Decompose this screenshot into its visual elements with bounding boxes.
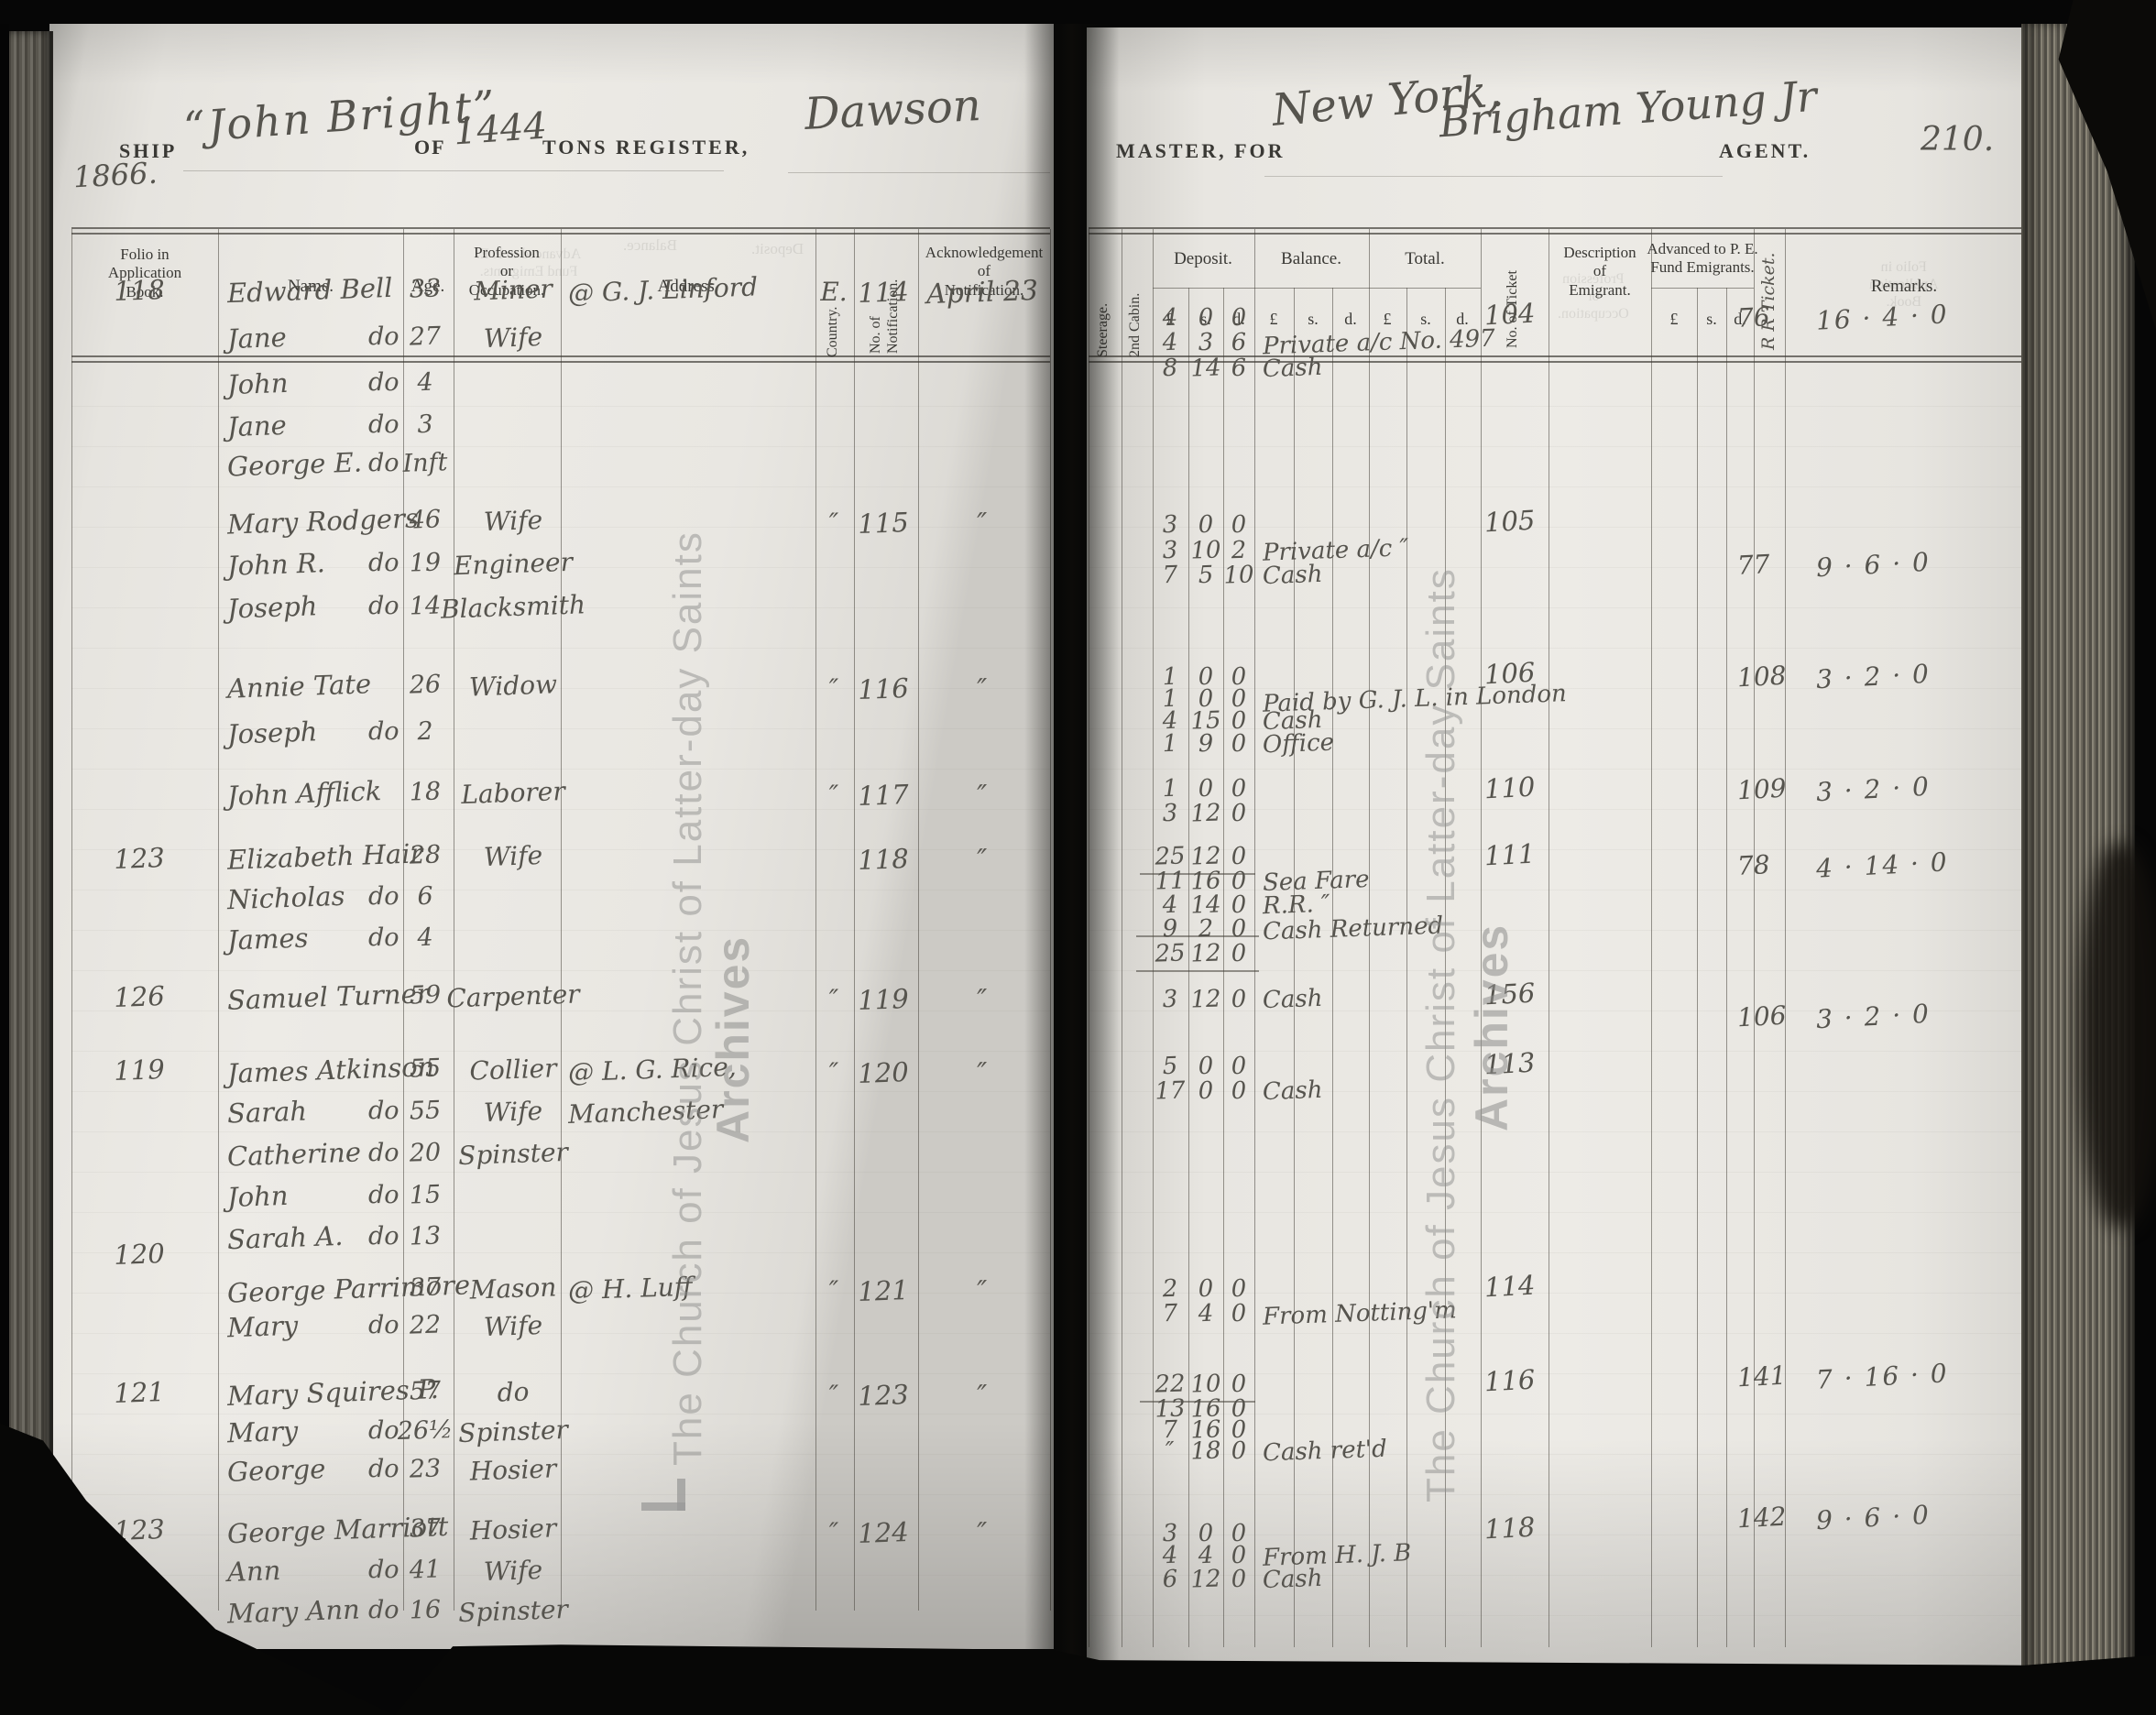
country-value: ″ bbox=[829, 780, 838, 810]
ditto-mark: do bbox=[368, 322, 399, 351]
country-value: ″ bbox=[829, 1517, 838, 1547]
ditto-mark: do bbox=[368, 1596, 399, 1624]
bleed-balance-label: Balance. bbox=[623, 236, 677, 255]
watermark-right-text: The Church of Jesus Christ of Latter-day… bbox=[1418, 586, 1465, 1502]
country-value: ″ bbox=[829, 984, 838, 1014]
country-value: ″ bbox=[829, 1380, 838, 1410]
passenger-name: James bbox=[226, 922, 309, 956]
column-header-total: Total. bbox=[1405, 249, 1445, 270]
passenger-name: Catherine bbox=[226, 1136, 361, 1172]
ticket-number: 106 bbox=[1483, 657, 1536, 691]
deposit-pence: 0 bbox=[1231, 1437, 1247, 1466]
notification-number: 116 bbox=[858, 672, 910, 705]
passenger-age: 46 bbox=[409, 505, 441, 534]
country-value: ″ bbox=[829, 673, 838, 704]
watermark-left-text: The Church of Jesus Christ of Latter-day… bbox=[665, 513, 712, 1466]
deposit-shillings: 0 bbox=[1198, 775, 1214, 803]
passenger-age: 13 bbox=[409, 1221, 441, 1251]
rr-ticket-number: 78 bbox=[1736, 849, 1770, 881]
deposit-shillings: 0 bbox=[1198, 511, 1214, 540]
deposit-pounds: 8 bbox=[1162, 355, 1178, 383]
passenger-occupation: Wife bbox=[483, 322, 542, 354]
passenger-occupation: Widow bbox=[468, 669, 557, 702]
column-header-rr_ticket: R R Ticket. bbox=[1758, 238, 1779, 350]
deposit-pounds: 3 bbox=[1162, 986, 1178, 1014]
notification-number: 119 bbox=[858, 983, 910, 1016]
passenger-name: Annie Tate bbox=[226, 668, 371, 704]
deposit-pounds: 3 bbox=[1162, 800, 1178, 828]
balance-note: Cash ret'd bbox=[1263, 1436, 1388, 1468]
balance-note: Cash bbox=[1262, 1565, 1322, 1594]
passenger-occupation: Spinster bbox=[458, 1415, 569, 1448]
tons-value: 1444 bbox=[453, 105, 549, 154]
notification-number: 120 bbox=[858, 1056, 910, 1089]
rr-ticket-number: 109 bbox=[1736, 773, 1787, 806]
table-rule-horizontal bbox=[71, 227, 1050, 229]
rr-ticket-number: 106 bbox=[1736, 1000, 1787, 1033]
table-rule-vertical bbox=[1188, 288, 1189, 1647]
ticket-number: 111 bbox=[1483, 838, 1536, 872]
table-rule-vertical bbox=[1785, 229, 1786, 1647]
balance-note: Office bbox=[1263, 729, 1335, 759]
passenger-name: John bbox=[226, 367, 289, 400]
passenger-occupation: Hosier bbox=[469, 1453, 557, 1486]
deposit-pence: 0 bbox=[1231, 800, 1247, 828]
of-label: OF bbox=[414, 136, 446, 159]
deposit-pence: 0 bbox=[1231, 940, 1247, 968]
deposit-pence: 0 bbox=[1231, 1300, 1247, 1328]
deposit-pounds: ″ bbox=[1166, 1437, 1176, 1465]
table-rule-horizontal bbox=[1089, 361, 2023, 363]
passenger-age: 57 bbox=[409, 1376, 441, 1405]
column-header-pence: d. bbox=[1344, 310, 1357, 329]
remark-amount: 9 · 6 · 0 bbox=[1815, 1500, 1931, 1535]
passenger-occupation: Laborer bbox=[461, 776, 566, 810]
passenger-name: John bbox=[226, 1180, 289, 1213]
passenger-age: 26 bbox=[409, 670, 441, 699]
acknowledgement-value: ″ bbox=[977, 780, 988, 812]
balance-note: Cash bbox=[1262, 561, 1322, 590]
ditto-mark: do bbox=[368, 1455, 399, 1483]
passenger-age: 55 bbox=[409, 1054, 441, 1083]
column-header-second_cabin: 2nd Cabin. bbox=[1126, 246, 1144, 357]
deposit-pence: 6 bbox=[1231, 329, 1247, 357]
ditto-mark: do bbox=[368, 410, 399, 439]
passenger-age: 28 bbox=[409, 840, 441, 869]
fiducial-mark-vertical bbox=[677, 1479, 685, 1511]
passenger-occupation: Blacksmith bbox=[440, 589, 586, 624]
total-box-rule bbox=[1136, 970, 1259, 972]
deposit-pounds: 6 bbox=[1162, 1566, 1178, 1594]
total-box-rule bbox=[1136, 935, 1259, 937]
deposit-pounds: 4 bbox=[1162, 304, 1178, 333]
table-rule-vertical bbox=[1254, 229, 1255, 1647]
ditto-mark: do bbox=[368, 1097, 399, 1125]
balance-note: Cash bbox=[1262, 354, 1322, 383]
passenger-name: George E. bbox=[226, 446, 362, 482]
passenger-age: 26½ bbox=[397, 1415, 454, 1446]
passenger-name: Mary bbox=[226, 1310, 298, 1344]
passenger-name: Sarah A. bbox=[226, 1220, 343, 1255]
deposit-pence: 0 bbox=[1231, 304, 1247, 333]
passenger-occupation: Engineer bbox=[454, 547, 574, 582]
deposit-shillings: 14 bbox=[1190, 354, 1221, 382]
remark-amount: 3 · 2 · 0 bbox=[1815, 771, 1931, 807]
ditto-mark: do bbox=[368, 1311, 399, 1339]
passenger-age: 4 bbox=[417, 923, 433, 953]
deposit-pence: 0 bbox=[1231, 730, 1247, 759]
passenger-age: 20 bbox=[409, 1138, 441, 1167]
notification-number: 118 bbox=[858, 843, 910, 876]
ditto-mark: do bbox=[368, 592, 399, 620]
remark-amount: 3 · 2 · 0 bbox=[1815, 659, 1931, 694]
deposit-shillings: 0 bbox=[1198, 1053, 1214, 1081]
deposit-pence: 0 bbox=[1231, 986, 1247, 1014]
passenger-age: 22 bbox=[409, 1310, 441, 1339]
table-rule-vertical bbox=[918, 229, 919, 1611]
table-rule-vertical bbox=[1754, 229, 1755, 1647]
deposit-shillings: 2 bbox=[1198, 915, 1214, 944]
passenger-name: Joseph bbox=[226, 590, 318, 624]
rr-ticket-number: 141 bbox=[1736, 1360, 1787, 1393]
rr-ticket-number: 76 bbox=[1736, 301, 1770, 333]
deposit-pence: 0 bbox=[1231, 915, 1247, 944]
ditto-mark: do bbox=[368, 923, 399, 952]
passenger-occupation: Wife bbox=[483, 505, 542, 537]
column-header-balance: Balance. bbox=[1281, 249, 1341, 270]
deposit-pence: 10 bbox=[1223, 561, 1254, 589]
ditto-mark: do bbox=[368, 717, 399, 746]
acknowledgement-value: April 23 bbox=[925, 275, 1038, 311]
acknowledgement-value: ″ bbox=[977, 844, 988, 876]
passenger-name: Mary bbox=[226, 1415, 298, 1449]
deposit-pounds: 4 bbox=[1162, 329, 1178, 357]
master-for-label: MASTER, FOR bbox=[1116, 139, 1286, 163]
ticket-number: 118 bbox=[1483, 1512, 1536, 1546]
year-value: 1866. bbox=[72, 156, 158, 195]
deposit-shillings: 4 bbox=[1198, 1300, 1214, 1328]
deposit-shillings: 5 bbox=[1198, 562, 1214, 590]
column-header-shillings: s. bbox=[1420, 310, 1431, 329]
top-black-border bbox=[0, 0, 2156, 24]
acknowledgement-value: ″ bbox=[977, 673, 988, 705]
table-rule-vertical bbox=[1651, 229, 1652, 1647]
deposit-pounds: 7 bbox=[1162, 562, 1178, 590]
passenger-age: 55 bbox=[409, 1096, 441, 1125]
tons-register-label: TONS REGISTER, bbox=[542, 136, 750, 159]
ditto-mark: do bbox=[368, 1139, 399, 1167]
deposit-pounds: 5 bbox=[1162, 1053, 1178, 1081]
master-name: Dawson bbox=[804, 80, 982, 140]
watermark-left-archives: Archives bbox=[707, 905, 761, 1143]
table-rule-vertical bbox=[1153, 229, 1154, 1647]
agent-label: AGENT. bbox=[1719, 139, 1811, 163]
notification-number: 121 bbox=[858, 1274, 910, 1307]
folio-number: 119 bbox=[114, 1054, 166, 1087]
table-rule-horizontal bbox=[71, 355, 1050, 357]
deposit-shillings: 12 bbox=[1190, 985, 1221, 1013]
passenger-name: Edward Bell bbox=[226, 272, 393, 309]
deposit-pounds: 1 bbox=[1162, 775, 1178, 803]
left-page-edge-stack bbox=[5, 31, 53, 1469]
passenger-age: 16 bbox=[409, 1595, 441, 1624]
watermark-right-archives: Archives bbox=[1466, 893, 1519, 1131]
ditto-mark: do bbox=[368, 449, 399, 477]
ticket-number: 110 bbox=[1483, 771, 1536, 805]
deposit-pence: 6 bbox=[1231, 355, 1247, 383]
passenger-age: 59 bbox=[409, 980, 441, 1010]
passenger-age: 18 bbox=[409, 777, 441, 806]
column-header-remarks: Remarks. bbox=[1871, 277, 1937, 298]
country-value: E. bbox=[820, 277, 847, 307]
passenger-occupation: Mason bbox=[469, 1272, 557, 1305]
column-header-pounds: £ bbox=[1270, 310, 1278, 329]
ditto-mark: do bbox=[368, 882, 399, 911]
deposit-shillings: 18 bbox=[1190, 1436, 1221, 1465]
table-rule-vertical bbox=[1549, 229, 1549, 1647]
ditto-mark: do bbox=[368, 1556, 399, 1584]
passenger-occupation: Collier bbox=[469, 1053, 557, 1086]
folio-number: 126 bbox=[114, 980, 166, 1013]
deposit-shillings: 3 bbox=[1198, 329, 1214, 357]
acknowledgement-value: ″ bbox=[977, 1517, 988, 1549]
cover-shadow-blob bbox=[2080, 843, 2156, 1228]
ditto-mark: do bbox=[368, 1222, 399, 1251]
ditto-mark: do bbox=[368, 368, 399, 397]
folio-number: 121 bbox=[114, 1376, 166, 1409]
deposit-pounds: 3 bbox=[1162, 537, 1178, 565]
ticket-number: 104 bbox=[1483, 298, 1536, 332]
table-rule-vertical bbox=[854, 229, 855, 1611]
table-rule-vertical bbox=[1697, 288, 1698, 1647]
table-rule-vertical bbox=[1122, 229, 1122, 1647]
deposit-pence: 2 bbox=[1231, 537, 1247, 565]
deposit-pounds: 25 bbox=[1155, 939, 1186, 967]
deposit-shillings: 9 bbox=[1198, 730, 1214, 759]
passenger-name: Mary Ann bbox=[226, 1593, 360, 1629]
deposit-pence: 0 bbox=[1231, 775, 1247, 803]
passenger-age: 33 bbox=[409, 274, 441, 303]
deposit-pounds: 9 bbox=[1162, 915, 1178, 944]
master-rule bbox=[788, 172, 1050, 173]
table-rule-horizontal bbox=[71, 233, 1050, 235]
passenger-age: Inft bbox=[402, 448, 448, 478]
folio-number: 123 bbox=[114, 842, 166, 875]
rr-ticket-number: 77 bbox=[1736, 549, 1770, 581]
passenger-name: Mary Rodgers bbox=[226, 502, 419, 540]
table-rule-vertical bbox=[1223, 288, 1224, 1647]
table-rule-vertical bbox=[454, 229, 454, 1611]
notification-number: 115 bbox=[858, 507, 910, 540]
country-value: ″ bbox=[829, 1275, 838, 1305]
table-rule-vertical bbox=[1726, 288, 1727, 1647]
column-header-deposit: Deposit. bbox=[1174, 249, 1232, 270]
passenger-occupation: Wife bbox=[483, 1096, 542, 1128]
ditto-mark: do bbox=[368, 1181, 399, 1209]
deposit-pounds: 1 bbox=[1162, 730, 1178, 759]
table-rule-horizontal bbox=[1089, 233, 2023, 235]
deposit-shillings: 0 bbox=[1198, 304, 1214, 333]
passenger-age: 23 bbox=[409, 1454, 441, 1483]
folio-number: 118 bbox=[114, 274, 166, 307]
table-rule-horizontal bbox=[1153, 288, 1481, 289]
rr-ticket-number: 108 bbox=[1736, 661, 1787, 694]
passenger-occupation: Spinster bbox=[458, 1137, 569, 1171]
deposit-pence: 0 bbox=[1231, 1077, 1247, 1106]
deposit-pence: 0 bbox=[1231, 1371, 1247, 1399]
masthead-rule bbox=[183, 170, 724, 171]
agent-rule bbox=[1264, 176, 1723, 177]
table-rule-horizontal bbox=[71, 361, 1050, 363]
page-number: 210. bbox=[1921, 121, 1994, 158]
notification-number: 123 bbox=[858, 1379, 910, 1412]
passenger-occupation: Hosier bbox=[469, 1513, 557, 1546]
passenger-occupation: Carpenter bbox=[446, 978, 580, 1013]
deposit-pence: 0 bbox=[1231, 843, 1247, 871]
acknowledgement-value: ″ bbox=[977, 508, 988, 540]
deposit-pence: 0 bbox=[1231, 1053, 1247, 1081]
column-header-description: Description of Emigrant. bbox=[1563, 244, 1636, 300]
table-rule-vertical bbox=[561, 229, 562, 1611]
remark-amount: 9 · 6 · 0 bbox=[1815, 547, 1931, 583]
deposit-shillings: 12 bbox=[1190, 799, 1221, 827]
book-gutter-shadow bbox=[1024, 20, 1120, 1669]
passenger-name: Jane bbox=[226, 410, 287, 442]
deposit-pounds: 3 bbox=[1162, 511, 1178, 540]
bleed-deposit-label: Deposit. bbox=[751, 240, 804, 258]
table-rule-vertical bbox=[815, 229, 816, 1611]
acknowledgement-value: ″ bbox=[977, 1380, 988, 1412]
table-rule-vertical bbox=[1406, 288, 1407, 1647]
ditto-mark: do bbox=[368, 549, 399, 577]
deposit-pence: 0 bbox=[1231, 1566, 1247, 1594]
acknowledgement-value: ″ bbox=[977, 984, 988, 1016]
passenger-age: 27 bbox=[409, 322, 441, 351]
column-header-shillings: s. bbox=[1706, 310, 1717, 329]
acknowledgement-value: ″ bbox=[977, 1057, 988, 1089]
ticket-number: 116 bbox=[1483, 1364, 1536, 1398]
table-rule-horizontal bbox=[1089, 227, 2023, 229]
deposit-shillings: 0 bbox=[1198, 1077, 1214, 1106]
deposit-pounds: 17 bbox=[1155, 1076, 1186, 1105]
passenger-name: Joseph bbox=[226, 715, 318, 749]
passenger-name: John Afflick bbox=[226, 775, 381, 812]
passenger-occupation: Wife bbox=[483, 1310, 542, 1342]
passenger-age: 3 bbox=[417, 410, 433, 440]
ticket-number: 105 bbox=[1483, 505, 1536, 539]
country-value: ″ bbox=[829, 508, 838, 538]
notification-number: 117 bbox=[858, 779, 910, 812]
passenger-age: 37 bbox=[409, 1513, 441, 1543]
deposit-pounds: 2 bbox=[1162, 1275, 1178, 1304]
balance-note: Cash bbox=[1262, 985, 1322, 1014]
country-value: ″ bbox=[829, 1057, 838, 1087]
table-rule-vertical bbox=[71, 229, 72, 1611]
passenger-age: 41 bbox=[409, 1555, 441, 1584]
deposit-shillings: 12 bbox=[1190, 939, 1221, 967]
folio-number: 120 bbox=[114, 1238, 166, 1271]
ticket-number: 114 bbox=[1483, 1270, 1536, 1304]
passenger-occupation: do bbox=[497, 1376, 530, 1407]
balance-note: Cash bbox=[1262, 1076, 1322, 1106]
passenger-age: 19 bbox=[409, 548, 441, 577]
acknowledgement-value: ″ bbox=[977, 1275, 988, 1307]
notification-number: 114 bbox=[858, 276, 910, 309]
passenger-name: Jane bbox=[226, 322, 287, 355]
column-header-pounds: £ bbox=[1384, 310, 1392, 329]
passenger-name: Nicholas bbox=[226, 880, 345, 915]
passenger-age: 15 bbox=[409, 1180, 441, 1209]
deposit-pounds: 7 bbox=[1162, 1300, 1178, 1328]
table-rule-horizontal bbox=[1651, 288, 1754, 289]
ledger-photograph: SHIP 1866. “John Bright” OF 1444 TONS RE… bbox=[0, 0, 2156, 1715]
deposit-shillings: 0 bbox=[1198, 1275, 1214, 1304]
passenger-age: 2 bbox=[417, 717, 433, 747]
deposit-shillings: 12 bbox=[1190, 1565, 1221, 1593]
passenger-age: 6 bbox=[417, 882, 433, 912]
deposit-pence: 0 bbox=[1231, 1275, 1247, 1304]
column-header-pounds: £ bbox=[1670, 310, 1679, 329]
deposit-pence: 0 bbox=[1231, 511, 1247, 540]
passenger-occupation: Wife bbox=[483, 1555, 542, 1587]
notification-number: 124 bbox=[858, 1516, 910, 1549]
passenger-name: John R. bbox=[226, 547, 325, 582]
passenger-age: 37 bbox=[409, 1273, 441, 1302]
passenger-name: Ann bbox=[226, 1555, 280, 1588]
column-header-ticket: No. of Ticket bbox=[1504, 236, 1521, 348]
remark-amount: 3 · 2 · 0 bbox=[1815, 999, 1931, 1034]
passenger-occupation: Miner bbox=[474, 274, 553, 307]
table-rule-vertical bbox=[218, 229, 219, 1611]
passenger-occupation: Wife bbox=[483, 840, 542, 872]
deposit-shillings: 10 bbox=[1190, 536, 1221, 564]
passenger-age: 4 bbox=[417, 368, 433, 398]
table-rule-horizontal bbox=[1089, 355, 2023, 357]
ditto-mark: do bbox=[368, 1416, 399, 1445]
passenger-name: Sarah bbox=[226, 1095, 307, 1129]
passenger-age: 14 bbox=[409, 591, 441, 620]
passenger-name: George bbox=[226, 1453, 326, 1488]
passenger-occupation: Spinster bbox=[458, 1594, 569, 1628]
column-header-shillings: s. bbox=[1308, 310, 1319, 329]
rr-ticket-number: 142 bbox=[1736, 1502, 1787, 1535]
column-header-advanced: Advanced to P. E. Fund Emigrants. bbox=[1647, 240, 1757, 278]
